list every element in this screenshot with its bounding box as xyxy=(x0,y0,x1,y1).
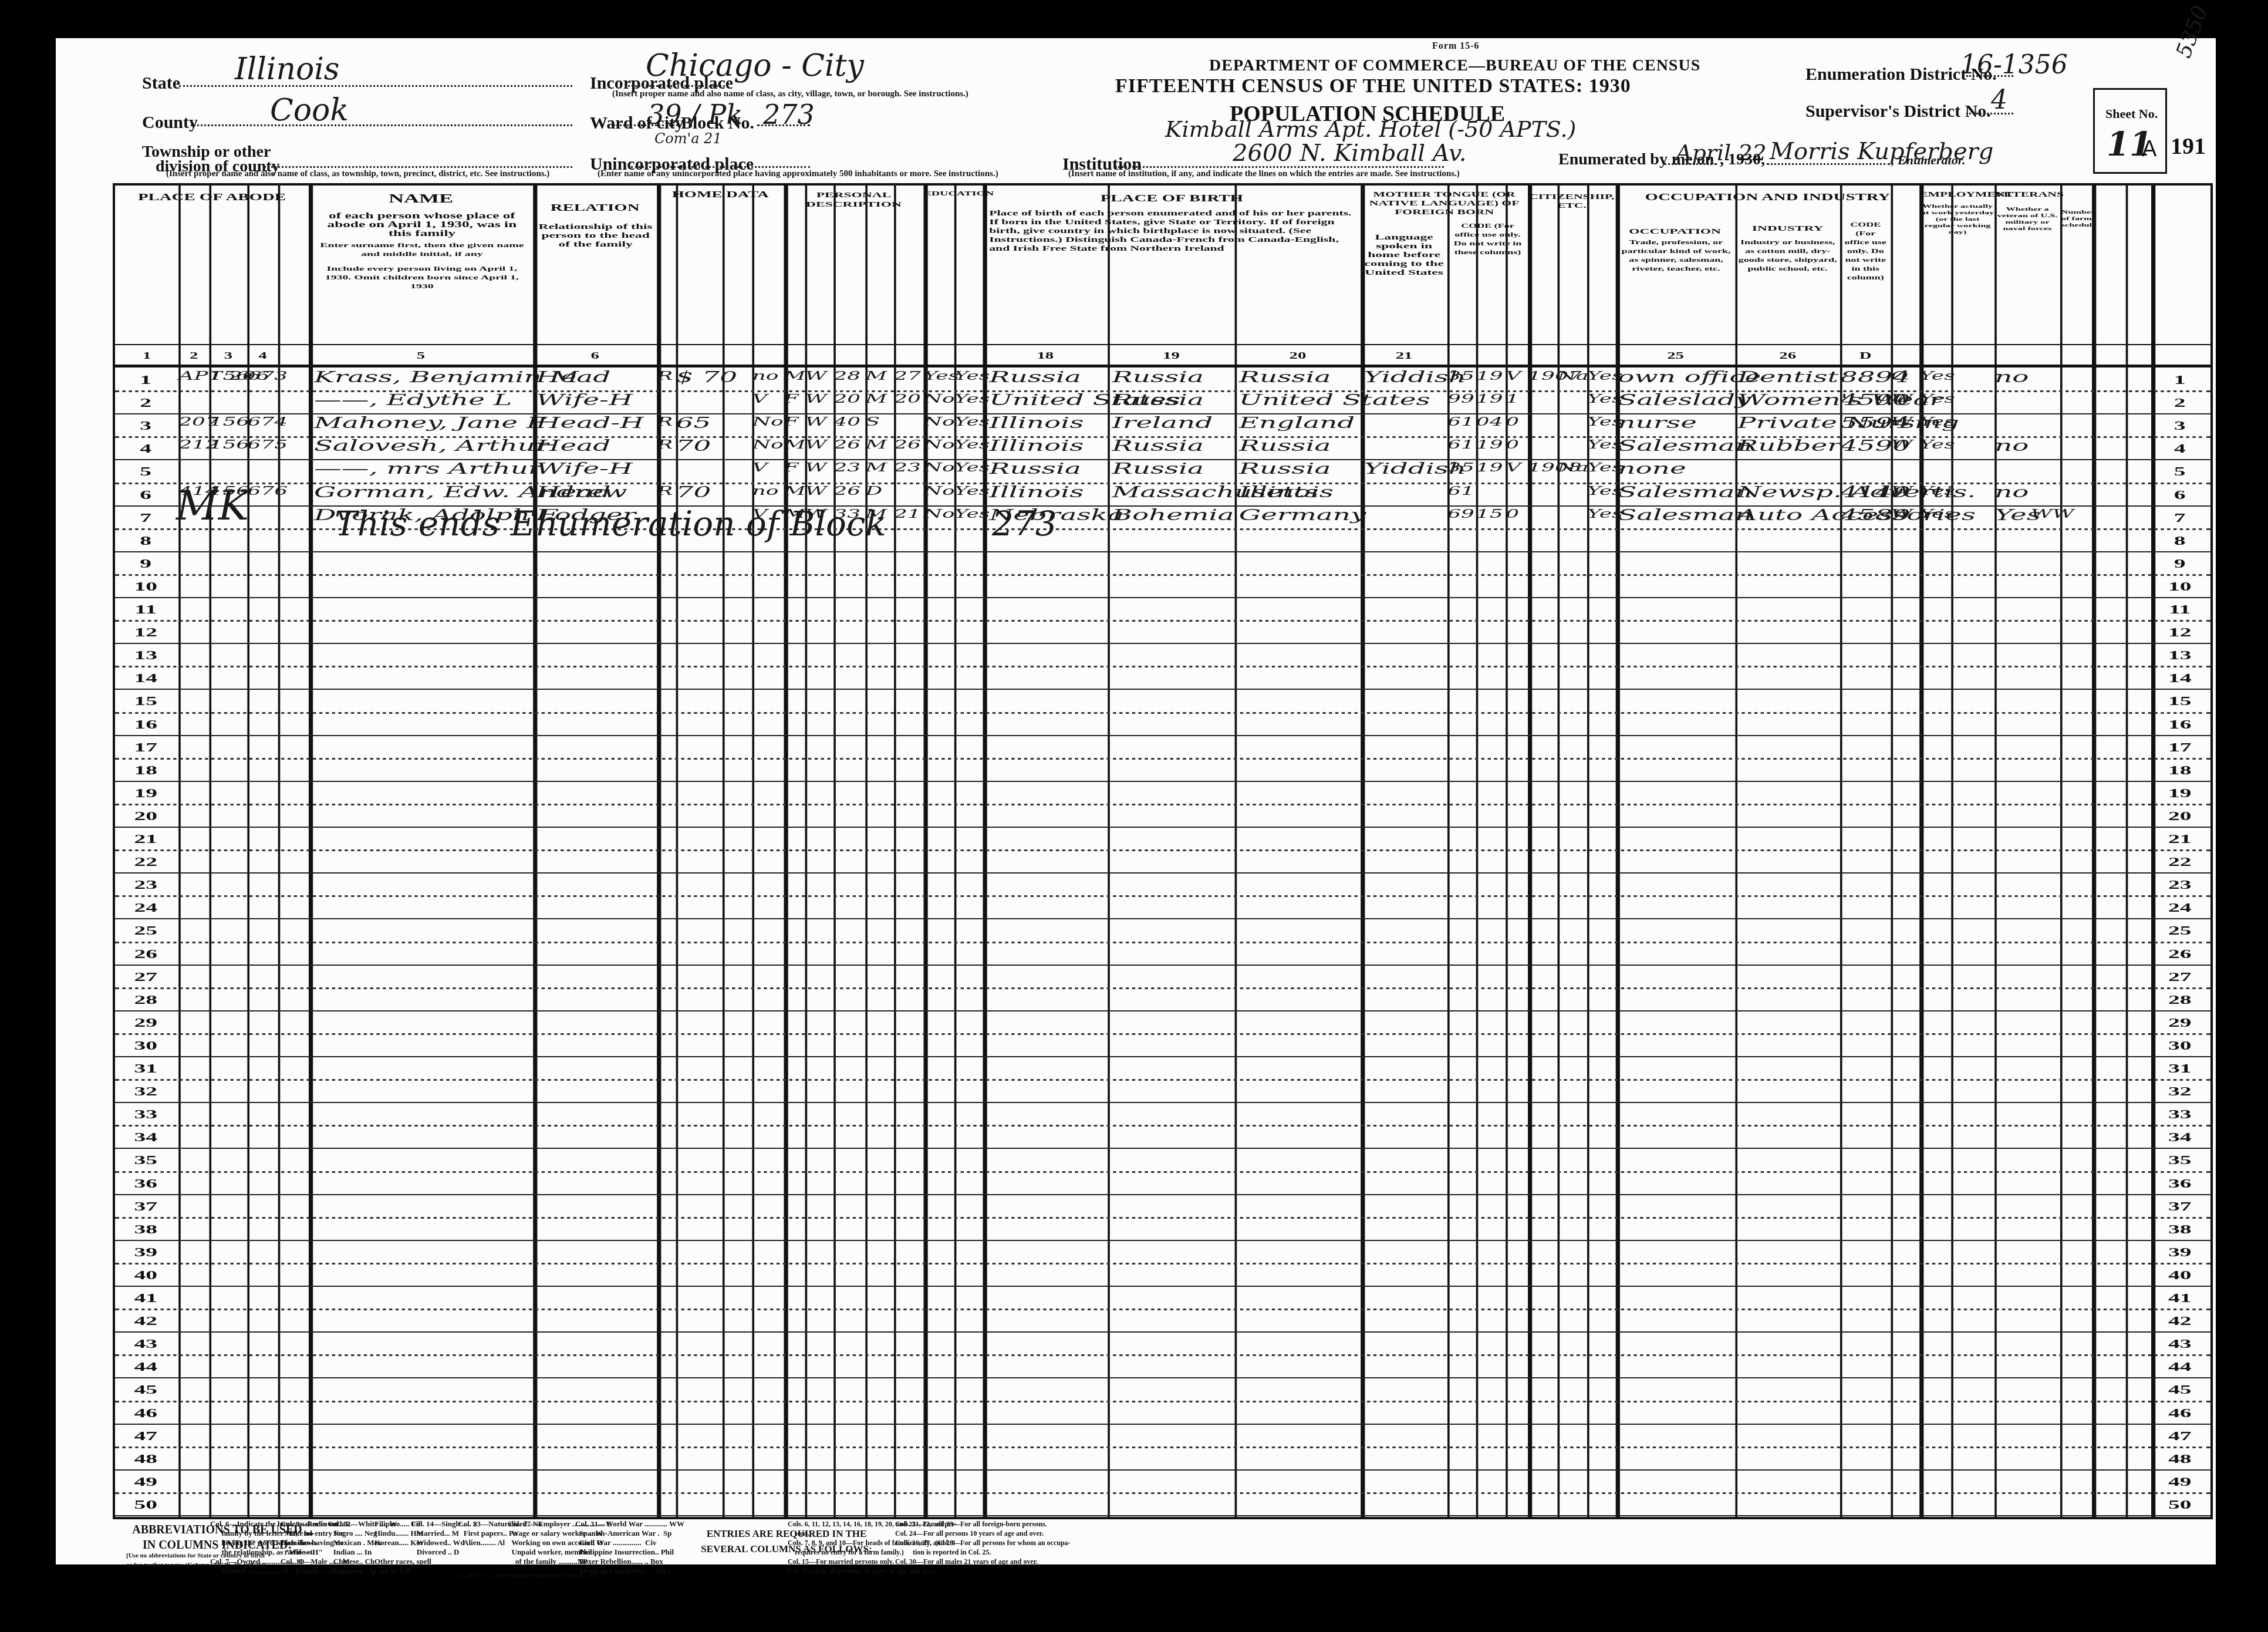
cell-tongue: Yiddish xyxy=(1364,369,1447,386)
line-number: 11 xyxy=(2154,602,2206,617)
line-number: 33 xyxy=(119,1107,172,1122)
cell-code-a: 61 xyxy=(1447,484,1476,498)
cell-farm: No xyxy=(752,414,784,429)
line-number: 24 xyxy=(119,900,172,915)
cell-birth-mother: Germany xyxy=(1239,507,1359,524)
cell-code-c: 0 xyxy=(1506,437,1528,451)
cell-farm: V xyxy=(752,392,784,406)
line-number: 10 xyxy=(2154,579,2206,594)
state-label: State xyxy=(142,73,180,93)
cell-industry: Women's Wear xyxy=(1737,392,1839,409)
line-number: 6 xyxy=(2154,487,2206,503)
cell-school: No xyxy=(924,507,954,521)
cell-code-c: V xyxy=(1506,460,1528,474)
end-of-block-note: This ends Enumeration of Block xyxy=(335,504,886,544)
line-number: 32 xyxy=(2154,1084,2206,1099)
cell-read: Yes xyxy=(954,460,983,474)
cell-family: 676 xyxy=(247,484,278,498)
cell-code-d: 5594 xyxy=(1840,414,1891,432)
cell-occupation: Salesman xyxy=(1618,484,1734,501)
line-number: 29 xyxy=(2154,1015,2206,1030)
line-number: 2 xyxy=(2154,395,2206,410)
line-number: 8 xyxy=(119,533,172,548)
cell-english: Yes xyxy=(1587,369,1616,383)
cell-class: W xyxy=(1891,437,1919,451)
cell-dwelling: 156 xyxy=(209,369,247,383)
cell-family: 674 xyxy=(247,414,278,429)
footer-col31: Col. 31—World War ............ WW Spanis… xyxy=(575,1519,684,1576)
line-number: 15 xyxy=(119,693,172,709)
printer-imprint: 11—0027 U. S. GOVERNMENT PRINTING OFFICE… xyxy=(458,1571,598,1580)
cell-birth-father: Russia xyxy=(1112,460,1233,478)
cell-school: No xyxy=(924,392,954,406)
cell-english: Yes xyxy=(1587,484,1616,498)
cell-sex: M xyxy=(784,484,805,498)
cell-birth-father: Ireland xyxy=(1112,414,1233,432)
line-number: 47 xyxy=(2154,1428,2206,1444)
line-number: 13 xyxy=(119,648,172,663)
cell-dwelling: 156 xyxy=(209,414,247,429)
cell-veteran: no xyxy=(1994,369,2060,386)
cell-sex: F xyxy=(784,392,805,406)
cell-school: No xyxy=(924,460,954,474)
cell-industry: Dentist xyxy=(1737,369,1839,386)
cell-code-c: 0 xyxy=(1506,414,1528,429)
cell-marital: M xyxy=(865,392,894,406)
cell-race: W xyxy=(805,437,834,451)
line-number: 16 xyxy=(2154,717,2206,732)
cell-code-c: V xyxy=(1506,369,1528,383)
cell-sex: M xyxy=(784,437,805,451)
form-number: Form 15-6 xyxy=(1432,41,1480,52)
line-number: 8 xyxy=(2154,533,2206,548)
line-number: 43 xyxy=(119,1336,172,1351)
cell-age-marriage: 27 xyxy=(894,369,923,383)
cell-name: Gorman, Edw. Andrew xyxy=(314,484,531,501)
col-group-veterans: VETERANS xyxy=(1994,190,2060,199)
cell-school: No xyxy=(924,414,954,429)
cell-code-d: 8894 xyxy=(1840,369,1891,386)
enumerator-label: , Enumerator. xyxy=(1891,153,1966,168)
cell-marital: S xyxy=(865,414,894,429)
cell-age: 26 xyxy=(833,437,865,451)
cell-relation: Head xyxy=(536,484,655,501)
cell-occupation: nurse xyxy=(1618,414,1734,432)
block-label: Block No. xyxy=(681,113,754,133)
sheet-side: A xyxy=(2142,137,2156,162)
county-value: Cook xyxy=(270,93,349,128)
line-number: 7 xyxy=(119,510,172,525)
line-number: 50 xyxy=(119,1497,172,1512)
cell-birth-person: United States xyxy=(989,392,1108,409)
line-number: 44 xyxy=(2154,1359,2206,1374)
cell-name: Salovesh, Arthur xyxy=(314,437,531,455)
block-value: 273 xyxy=(763,99,815,130)
cell-at-work: Yes xyxy=(1919,414,1951,429)
cell-class: O xyxy=(1891,369,1919,383)
cell-owned: R xyxy=(657,414,676,429)
cell-code-b: 15 xyxy=(1476,507,1506,521)
cell-house: APT 206 xyxy=(178,369,209,383)
table-row: 212156675Salovesh, ArthurHeadR70NoMW26M2… xyxy=(115,436,2210,459)
cell-class: W xyxy=(1891,484,1919,498)
line-number: 45 xyxy=(119,1382,172,1397)
line-number: 18 xyxy=(119,763,172,778)
cell-value: $ 70 xyxy=(676,369,723,386)
cell-school: No xyxy=(924,437,954,451)
supervisor-value: 4 xyxy=(1991,85,2007,115)
line-number: 23 xyxy=(119,877,172,892)
line-number: 50 xyxy=(2154,1497,2206,1512)
census-title: FIFTEENTH CENSUS OF THE UNITED STATES: 1… xyxy=(1115,75,1631,97)
incorporated-value: Chicago - City xyxy=(646,48,864,83)
col-group-mother-tongue: MOTHER TONGUE (OR NATIVE LANGUAGE) OF FO… xyxy=(1361,190,1528,217)
line-number: 36 xyxy=(2154,1176,2206,1191)
cell-english: Yes xyxy=(1587,392,1616,406)
cell-age-marriage: 26 xyxy=(894,437,923,451)
sheet-number-box: Sheet No. 11 A xyxy=(2093,88,2167,174)
line-number: 39 xyxy=(2154,1245,2206,1260)
line-number: 28 xyxy=(2154,992,2206,1007)
cell-code-a: 99 xyxy=(1447,392,1476,406)
cell-at-work: Yes xyxy=(1919,437,1951,451)
line-number: 3 xyxy=(119,418,172,433)
cell-code-b: 19 xyxy=(1476,437,1506,451)
cell-at-work: Yes xyxy=(1919,507,1951,521)
line-number: 29 xyxy=(119,1015,172,1030)
entries-list-2: Cols. 21, 22, and 23—For all foreign-bor… xyxy=(895,1519,1071,1566)
line-number: 22 xyxy=(2154,854,2206,869)
cell-class: W xyxy=(1891,414,1919,429)
line-number: 46 xyxy=(119,1405,172,1421)
cell-age: 20 xyxy=(833,392,865,406)
department-title: DEPARTMENT OF COMMERCE—BUREAU OF THE CEN… xyxy=(1209,56,1700,75)
line-number: 37 xyxy=(119,1199,172,1214)
cell-age: 26 xyxy=(833,484,865,498)
line-number: 30 xyxy=(119,1038,172,1053)
line-number: 11 xyxy=(119,602,172,617)
cell-code-c: 1 xyxy=(1506,392,1528,406)
line-number: 31 xyxy=(2154,1061,2206,1076)
institution-note: (Insert name of institution, if any, and… xyxy=(1068,169,1460,179)
line-number: 16 xyxy=(119,717,172,732)
cell-marital: M xyxy=(865,460,894,474)
line-number: 43 xyxy=(2154,1336,2206,1351)
line-number: 14 xyxy=(119,670,172,686)
line-number: 41 xyxy=(2154,1290,2206,1306)
line-number: 35 xyxy=(119,1152,172,1168)
cell-marital: D xyxy=(865,484,894,498)
institution-value-1: Kimball Arms Apt. Hotel (-50 APTS.) xyxy=(1165,116,1576,142)
line-number: 4 xyxy=(2154,441,2206,456)
line-number: 37 xyxy=(2154,1199,2206,1214)
cell-code-a: 35 xyxy=(1447,460,1476,474)
line-number: 20 xyxy=(119,808,172,824)
line-number: 44 xyxy=(119,1359,172,1374)
cell-immigration: 1908 xyxy=(1528,460,1557,474)
cell-tongue: Yiddish xyxy=(1364,460,1447,478)
cell-occupation: Salesman xyxy=(1618,507,1734,524)
line-number: 7 xyxy=(2154,510,2206,525)
line-number: 34 xyxy=(119,1129,172,1145)
line-number: 49 xyxy=(119,1474,172,1489)
cell-code-d: 4149 xyxy=(1840,484,1891,501)
cell-veteran: no xyxy=(1994,437,2060,455)
col-group-citizenship: CITIZENSHIP, ETC. xyxy=(1528,193,1616,210)
line-number: 33 xyxy=(2154,1107,2206,1122)
cell-relation: Head-H xyxy=(536,414,655,432)
cell-read: Yes xyxy=(954,414,983,429)
line-number: 31 xyxy=(119,1061,172,1076)
enumerator-initials: MK xyxy=(176,481,249,530)
cell-at-work: Yes xyxy=(1919,392,1951,406)
cell-relation: Head xyxy=(536,437,655,455)
cell-occupation: Salesman xyxy=(1618,437,1734,455)
cell-race: W xyxy=(805,392,834,406)
cell-class: W xyxy=(1891,507,1919,521)
cell-age-marriage: 21 xyxy=(894,507,923,521)
table-row: ——, Edythe LWife-HVFW20M20NoYesUnited St… xyxy=(115,390,2210,413)
state-value: Illinois xyxy=(235,52,340,87)
line-number: 12 xyxy=(119,625,172,640)
line-number: 9 xyxy=(119,556,172,571)
col-group-occupation: OCCUPATION AND INDUSTRY xyxy=(1616,193,1919,203)
incorporated-note: (Insert proper name and also name of cla… xyxy=(612,89,968,99)
cell-marital: M xyxy=(865,437,894,451)
cell-birth-mother: Illinois xyxy=(1239,484,1359,501)
cell-read: Yes xyxy=(954,507,983,521)
cell-relation: Wife-H xyxy=(536,460,655,478)
institution-value-2: 2600 N. Kimball Av. xyxy=(1233,140,1467,167)
cell-age: 40 xyxy=(833,414,865,429)
cell-house: 212 xyxy=(178,437,209,451)
cell-read: Yes xyxy=(954,369,983,383)
line-number: 1 xyxy=(2154,372,2206,387)
cell-birth-mother: United States xyxy=(1239,392,1359,409)
col-group-relation: RELATION xyxy=(533,203,657,214)
cell-code-a: 69 xyxy=(1447,507,1476,521)
cell-occupation: own office xyxy=(1618,369,1734,386)
supervisor-label: Supervisor's District No. xyxy=(1805,102,1991,122)
population-table: PLACE OF ABODE NAME of each person whose… xyxy=(113,183,2213,1519)
cell-family: 673 xyxy=(247,369,278,383)
table-row: APT 206156673Krass, Benjamin MHeadR$ 70n… xyxy=(115,367,2210,390)
cell-english: Yes xyxy=(1587,507,1616,521)
cell-english: Yes xyxy=(1587,437,1616,451)
cell-code-b: 04 xyxy=(1476,414,1506,429)
cell-age: 28 xyxy=(833,369,865,383)
line-number: 26 xyxy=(119,946,172,962)
cell-code-b: 19 xyxy=(1476,369,1506,383)
cell-birth-mother: Russia xyxy=(1239,369,1359,386)
col-group-personal: PERSONAL DESCRIPTION xyxy=(784,190,924,209)
line-number: 27 xyxy=(2154,969,2206,984)
cell-farm: No xyxy=(752,437,784,451)
cell-owned: R xyxy=(657,369,676,383)
unincorporated-note: (Enter name of any unincorporated place … xyxy=(598,169,998,179)
col-group-abode: PLACE OF ABODE xyxy=(115,193,309,203)
col-group-employment: EMPLOYMENT xyxy=(1919,190,1994,199)
line-number: 28 xyxy=(119,992,172,1007)
cell-code-d: 4589 xyxy=(1840,507,1891,524)
cell-relation: Head xyxy=(536,369,655,386)
line-number: 19 xyxy=(119,785,172,801)
cell-code-c: 0 xyxy=(1506,507,1528,521)
cell-name: Mahoney, Jane F xyxy=(314,414,531,432)
cell-race: W xyxy=(805,484,834,498)
line-number: 1 xyxy=(119,372,172,387)
line-number: 40 xyxy=(2154,1267,2206,1283)
line-number: 17 xyxy=(2154,740,2206,755)
cell-birth-person: Russia xyxy=(989,369,1108,386)
township-note: (Insert proper name and also name of cla… xyxy=(166,169,549,179)
cell-value: 70 xyxy=(676,484,723,501)
table-row: ——, mrs ArthurWife-HVFW23M23NoYesRussiaR… xyxy=(115,459,2210,482)
cell-immigration: 1907 xyxy=(1528,369,1557,383)
cell-code-a: 61 xyxy=(1447,414,1476,429)
cell-naturalization: Na xyxy=(1558,369,1587,383)
cell-farm: V xyxy=(752,460,784,474)
cell-school: Yes xyxy=(924,369,954,383)
line-number: 38 xyxy=(119,1222,172,1237)
cell-race: W xyxy=(805,414,834,429)
cell-value: 65 xyxy=(676,414,723,432)
cell-race: W xyxy=(805,369,834,383)
line-number: 12 xyxy=(2154,625,2206,640)
line-number: 27 xyxy=(119,969,172,984)
cell-sex: F xyxy=(784,460,805,474)
line-number: 36 xyxy=(119,1176,172,1191)
table-row: 414156676Gorman, Edw. AndrewHeadR70noMW2… xyxy=(115,483,2210,505)
cell-english: Yes xyxy=(1587,414,1616,429)
col-group-education: EDUCATION xyxy=(924,190,983,197)
cell-code-b: 19 xyxy=(1476,392,1506,406)
line-number: 46 xyxy=(2154,1405,2206,1421)
cell-farm: no xyxy=(752,484,784,498)
line-number: 42 xyxy=(2154,1313,2206,1328)
cell-family: 675 xyxy=(247,437,278,451)
cell-birth-person: Russia xyxy=(989,460,1108,478)
line-number: 30 xyxy=(2154,1038,2206,1053)
line-number: 9 xyxy=(2154,556,2206,571)
cell-age-marriage: 23 xyxy=(894,460,923,474)
line-number: 45 xyxy=(2154,1382,2206,1397)
line-number: 14 xyxy=(2154,670,2206,686)
cell-occupation: Saleslady xyxy=(1618,392,1734,409)
county-label: County xyxy=(142,113,198,133)
cell-name: Krass, Benjamin M xyxy=(314,369,531,386)
cell-owned: R xyxy=(657,484,676,498)
cell-age-marriage: 20 xyxy=(894,392,923,406)
ed-value: 16-1356 xyxy=(1960,50,2068,80)
line-number: 25 xyxy=(119,923,172,938)
cell-industry: Rubber xyxy=(1737,437,1839,455)
line-number: 19 xyxy=(2154,785,2206,801)
line-number: 49 xyxy=(2154,1474,2206,1489)
line-number: 47 xyxy=(119,1428,172,1444)
line-number: 5 xyxy=(119,464,172,479)
col-group-birth: PLACE OF BIRTH xyxy=(983,194,1361,204)
cell-read: Yes xyxy=(954,484,983,498)
cell-name: ——, mrs Arthur xyxy=(314,460,531,478)
cell-birth-father: Massachusetts xyxy=(1112,484,1233,501)
line-number: 20 xyxy=(2154,808,2206,824)
cell-birth-father: Bohemia xyxy=(1112,507,1233,524)
enumerated-year: , 1930, xyxy=(1720,150,1765,169)
cell-race: W xyxy=(805,460,834,474)
line-number: 4 xyxy=(119,441,172,456)
line-number: 41 xyxy=(119,1290,172,1306)
line-number: 23 xyxy=(2154,877,2206,892)
cell-industry: Private Nursing xyxy=(1737,414,1839,432)
line-number: 34 xyxy=(2154,1129,2206,1145)
cell-code-a: 35 xyxy=(1447,369,1476,383)
line-number: 13 xyxy=(2154,648,2206,663)
cell-sex: M xyxy=(784,369,805,383)
cell-at-work: Yes xyxy=(1919,369,1951,383)
cell-birth-father: Russia xyxy=(1112,369,1233,386)
cell-age: 23 xyxy=(833,460,865,474)
cell-english: Yes xyxy=(1587,460,1616,474)
cell-industry: Auto Accessories xyxy=(1737,507,1839,524)
cell-code-b: 19 xyxy=(1476,460,1506,474)
line-number: 40 xyxy=(119,1267,172,1283)
line-number: 10 xyxy=(119,579,172,594)
line-number: 6 xyxy=(119,487,172,503)
line-number: 35 xyxy=(2154,1152,2206,1168)
line-number: 48 xyxy=(119,1451,172,1466)
cell-at-work: Yes xyxy=(1919,484,1951,498)
stamp-number: 191 xyxy=(2171,132,2206,160)
cell-relation: Wife-H xyxy=(536,392,655,409)
line-number: 38 xyxy=(2154,1222,2206,1237)
cell-class: W xyxy=(1891,392,1919,406)
cell-dwelling: 156 xyxy=(209,437,247,451)
cell-code-d: 4590 xyxy=(1840,437,1891,455)
cell-birth-person: Illinois xyxy=(989,414,1108,432)
cell-birth-mother: Russia xyxy=(1239,437,1359,455)
line-number: 5 xyxy=(2154,464,2206,479)
col-group-home-data: HOME DATA xyxy=(657,190,784,200)
cell-birth-mother: Russia xyxy=(1239,460,1359,478)
cell-code-d: 4590 xyxy=(1840,392,1891,409)
sheet-label: Sheet No. xyxy=(2105,106,2158,122)
cell-marital: M xyxy=(865,369,894,383)
col-group-name: NAME xyxy=(309,193,533,206)
cell-school: No xyxy=(924,484,954,498)
line-number: 24 xyxy=(2154,900,2206,915)
cell-read: Yes xyxy=(954,437,983,451)
cell-house: 207 xyxy=(178,414,209,429)
cell-birth-mother: England xyxy=(1239,414,1359,432)
cell-war: WW xyxy=(2030,507,2060,521)
cell-veteran: no xyxy=(1994,484,2060,501)
cell-birth-father: Russia xyxy=(1112,392,1233,409)
cell-code-a: 61 xyxy=(1447,437,1476,451)
line-number: 17 xyxy=(119,740,172,755)
line-number: 2 xyxy=(119,395,172,410)
cell-value: 70 xyxy=(676,437,723,455)
cell-name: ——, Edythe L xyxy=(314,392,531,409)
line-number: 48 xyxy=(2154,1451,2206,1466)
line-number: 32 xyxy=(119,1084,172,1099)
cell-farm: no xyxy=(752,369,784,383)
end-of-block-number: 273 xyxy=(992,504,1057,544)
table-row: 207156674Mahoney, Jane FHead-HR65NoFW40S… xyxy=(115,413,2210,436)
cell-birth-father: Russia xyxy=(1112,437,1233,455)
cell-sex: F xyxy=(784,414,805,429)
line-number: 42 xyxy=(119,1313,172,1328)
